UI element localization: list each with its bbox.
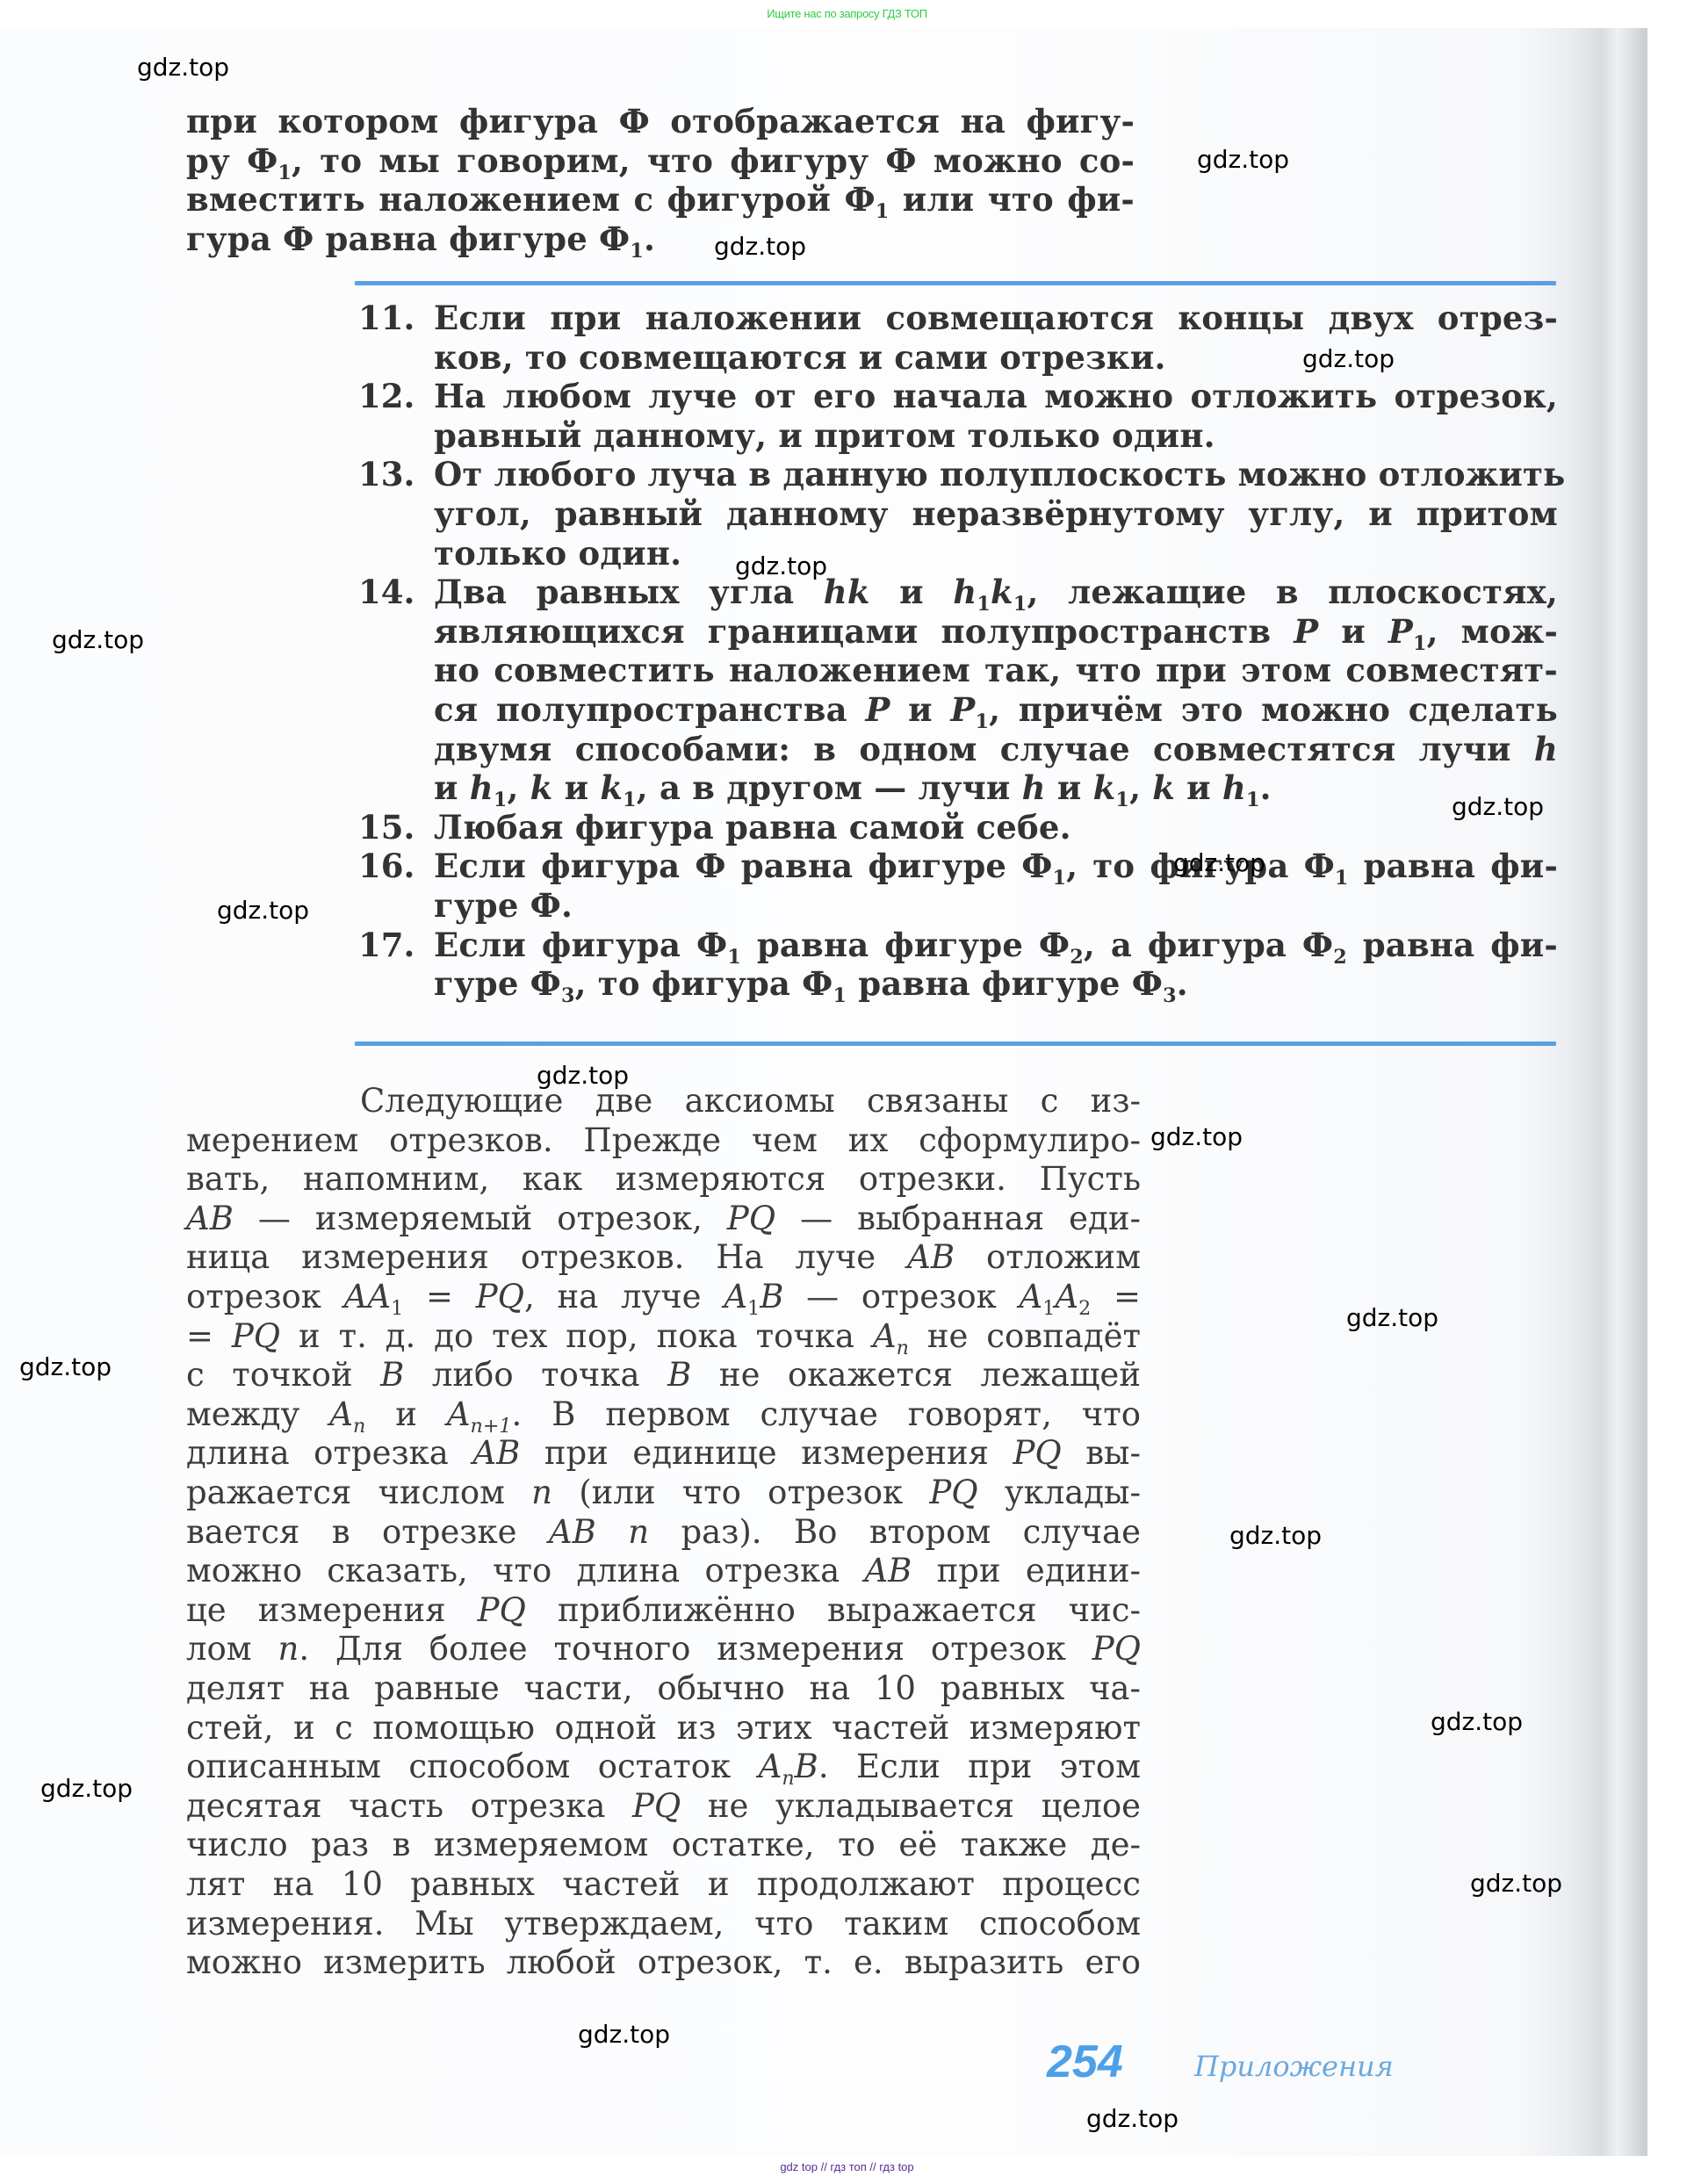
watermark-text: gdz.top <box>537 1061 629 1090</box>
intro-line: при котором фигура Ф отображается на фиг… <box>186 102 1135 141</box>
body-line: стей, и с помощью одной из этих частей и… <box>186 1709 1141 1748</box>
axiom-number: 13. <box>358 455 414 494</box>
watermark-text: gdz.top <box>1470 1869 1562 1898</box>
watermark-text: gdz.top <box>735 551 827 580</box>
watermark-text: gdz.top <box>1229 1521 1322 1550</box>
watermark-text: gdz.top <box>40 1774 133 1803</box>
intro-line: ру Ф1, то мы говорим, что фигуру Ф можно… <box>186 141 1135 180</box>
intro-line: вместить наложением с фигурой Ф1 или что… <box>186 180 1135 219</box>
search-banner: Ищите нас по запросу ГДЗ ТОП <box>0 7 1694 20</box>
axiom-line: ков, то совмещаются и сами отрезки. <box>434 338 1166 377</box>
axiom-line: Если фигура Ф равна фигуре Ф1, то фигура… <box>434 847 1558 885</box>
axiom-number: 17. <box>358 926 414 964</box>
body-line: лом n. Для более точного измерения отрез… <box>186 1630 1141 1669</box>
watermark-text: gdz.top <box>137 53 229 82</box>
body-line: мерением отрезков. Прежде чем их сформул… <box>186 1121 1141 1160</box>
axiom-line: гуре Ф. <box>434 886 573 925</box>
axiom-line: Если при наложении совмещаются концы дву… <box>434 299 1558 337</box>
watermark-text: gdz.top <box>1302 344 1395 373</box>
body-line: Следующие две аксиомы связаны с из- <box>360 1082 1141 1121</box>
watermark-text: gdz.top <box>19 1352 112 1381</box>
body-line: вать, напомним, как измеряются отрезки. … <box>186 1160 1141 1199</box>
axiom-line: Если фигура Ф1 равна фигуре Ф2, а фигура… <box>434 926 1558 964</box>
axiom-line: двумя способами: в одном случае совместя… <box>434 730 1558 768</box>
body-line: описанным способом остаток AnB. Если при… <box>186 1748 1141 1786</box>
axiom-number: 16. <box>358 847 414 885</box>
body-line: десятая часть отрезка PQ не укладывается… <box>186 1787 1141 1826</box>
body-line: ражается числом n (или что отрезок PQ ук… <box>186 1474 1141 1512</box>
axiom-line: равный данному, и притом только один. <box>434 416 1215 455</box>
body-line: вается в отрезке AB n раз). Во втором сл… <box>186 1513 1141 1552</box>
axiom-line: угол, равный данному неразвёрнутому углу… <box>434 494 1558 533</box>
footer-banner: gdz top // гдз топ // гдз top <box>0 2160 1694 2173</box>
watermark-text: gdz.top <box>1197 145 1289 174</box>
intro-line: гура Ф равна фигуре Ф1. <box>186 220 655 258</box>
axiom-line: От любого луча в данную полуплоскость мо… <box>434 455 1558 494</box>
axiom-line: гуре Ф3, то фигура Ф1 равна фигуре Ф3. <box>434 964 1188 1003</box>
body-line: можно сказать, что длина отрезка AB при … <box>186 1552 1141 1590</box>
body-line: число раз в измеряемом остатке, то её та… <box>186 1826 1141 1864</box>
body-line: можно измерить любой отрезок, т. е. выра… <box>186 1943 1141 1982</box>
axiom-number: 15. <box>358 808 414 847</box>
axioms-bottom-rule <box>355 1042 1556 1046</box>
body-line: лят на 10 равных частей и продолжают про… <box>186 1865 1141 1904</box>
axiom-line: являющихся границами полупространств P и… <box>434 612 1558 651</box>
axiom-number: 12. <box>358 377 414 415</box>
page-number: 254 <box>1047 2036 1123 2088</box>
axiom-line: Любая фигура равна самой себе. <box>434 808 1071 847</box>
axiom-line: Два равных угла hk и h1k1, лежащие в пло… <box>434 573 1558 611</box>
body-line: с точкой B либо точка B не окажется лежа… <box>186 1356 1141 1395</box>
watermark-text: gdz.top <box>578 2020 670 2049</box>
axiom-line: только один. <box>434 534 681 573</box>
axioms-top-rule <box>355 281 1556 285</box>
watermark-text: gdz.top <box>714 232 806 261</box>
axiom-line: ся полупространства P и P1, причём это м… <box>434 690 1558 729</box>
watermark-text: gdz.top <box>1431 1707 1523 1736</box>
body-line: делят на равные части, обычно на 10 равн… <box>186 1669 1141 1708</box>
body-line: отрезок AA1 = PQ, на луче A1B — отрезок … <box>186 1278 1141 1316</box>
body-line: длина отрезка AB при единице измерения P… <box>186 1434 1141 1473</box>
watermark-text: gdz.top <box>217 896 309 925</box>
axiom-line: На любом луче от его начала можно отложи… <box>434 377 1558 415</box>
body-line: ница измерения отрезков. На луче AB отло… <box>186 1238 1141 1277</box>
watermark-text: gdz.top <box>1452 792 1544 821</box>
body-line: между An и An+1. В первом случае говорят… <box>186 1395 1141 1434</box>
body-line: = PQ и т. д. до тех пор, пока точка An н… <box>186 1317 1141 1356</box>
axiom-line: и h1, k и k1, а в другом — лучи h и k1, … <box>434 768 1272 807</box>
watermark-text: gdz.top <box>1150 1122 1243 1151</box>
axiom-number: 14. <box>358 573 414 611</box>
body-line: це измерения PQ приближённо выражается ч… <box>186 1591 1141 1630</box>
watermark-text: gdz.top <box>52 625 144 654</box>
section-title: Приложения <box>1194 2050 1394 2083</box>
body-line: измерения. Мы утверждаем, что таким спос… <box>186 1905 1141 1943</box>
axiom-line: но совместить наложением так, что при эт… <box>434 651 1558 689</box>
watermark-text: gdz.top <box>1346 1303 1438 1332</box>
watermark-text: gdz.top <box>1173 848 1265 877</box>
watermark-text: gdz.top <box>1086 2104 1179 2133</box>
body-line: AB — измеряемый отрезок, PQ — выбранная … <box>186 1200 1141 1238</box>
axiom-number: 11. <box>358 299 414 337</box>
